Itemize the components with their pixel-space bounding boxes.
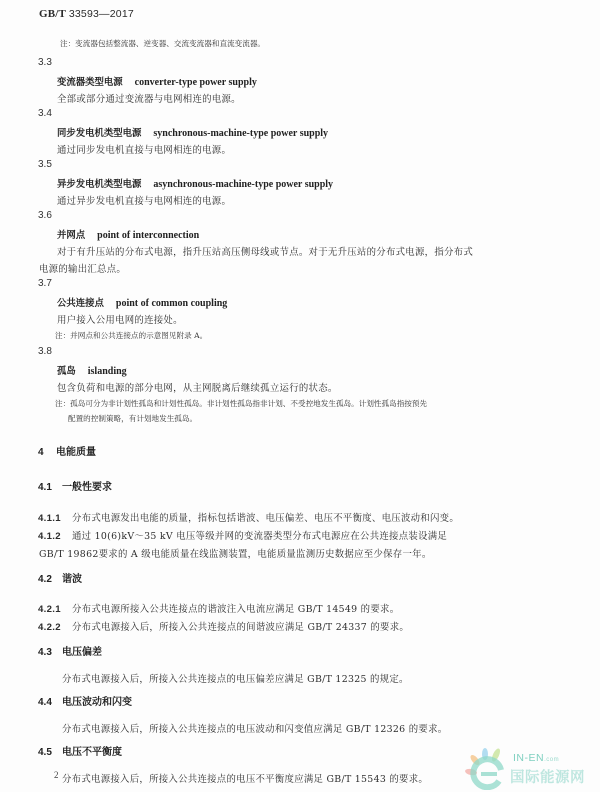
section-4-3-text: 分布式电源接入后，所接入公共连接点的电压偏差应满足 GB/T 12325 的规定…: [62, 671, 409, 685]
section-4-5-heading: 4.5电压不平衡度: [38, 743, 122, 758]
clause-number-3-7: 3.7: [38, 278, 52, 289]
term-en: converter-type power supply: [135, 77, 257, 88]
clause-4-2-2: 4.2.2分布式电源接入后，所接入公共连接点的间谐波应满足 GB/T 24337…: [38, 619, 409, 633]
note-islanding-line1: 注：孤岛可分为非计划性孤岛和计划性孤岛。非计划性孤岛指非计划、不受控地发生孤岛。…: [55, 398, 427, 409]
section-4-2-heading: 4.2谐波: [38, 570, 82, 585]
term-zh: 公共连接点: [57, 298, 104, 309]
section-number: 4.1: [38, 482, 62, 493]
term-3-3: 变流器类型电源converter-type power supply: [57, 74, 257, 88]
standard-code: GB/T: [39, 8, 66, 20]
section-title: 电压波动和闪变: [62, 697, 132, 708]
section-4-4-text: 分布式电源接入后，所接入公共连接点的电压波动和闪变值应满足 GB/T 12326…: [62, 721, 447, 735]
section-number: 4.4: [38, 697, 62, 708]
clause-number: 4.2.2: [38, 622, 72, 633]
watermark-logo: IN-EN.com 国际能源网: [463, 748, 598, 790]
definition-3-5: 通过异步发电机直接与电网相连的电源。: [57, 193, 231, 207]
clause-4-2-1: 4.2.1分布式电源所接入公共连接点的谐波注入电流应满足 GB/T 14549 …: [38, 601, 399, 615]
definition-3-4: 通过同步发电机直接与电网相连的电源。: [57, 142, 231, 156]
section-number: 4.5: [38, 747, 62, 758]
section-title: 电压不平衡度: [62, 747, 122, 758]
section-4-1-heading: 4.1一般性要求: [38, 478, 112, 493]
term-3-4: 同步发电机类型电源synchronous-machine-type power …: [57, 125, 328, 139]
clause-4-1-2-line2: GB/T 19862要求的 A 级电能质量在线监测装置，电能质量监测历史数据应至…: [39, 546, 432, 560]
term-zh: 孤岛: [57, 366, 76, 377]
document-header: GB/T 33593—2017: [39, 8, 134, 20]
term-en: asynchronous-machine-type power supply: [153, 179, 333, 190]
term-zh: 变流器类型电源: [57, 77, 123, 88]
term-en: islanding: [88, 366, 127, 377]
page-number: 2: [54, 770, 59, 780]
clause-4-1-1: 4.1.1分布式电源发出电能的质量，指标包括谐波、电压偏差、电压不平衡度、电压波…: [38, 510, 459, 524]
definition-3-8: 包含负荷和电源的部分电网，从主网脱离后继续孤立运行的状态。: [57, 380, 338, 394]
definition-3-6-line2: 电源的输出汇总点。: [39, 261, 126, 275]
section-number: 4: [38, 447, 56, 458]
term-zh: 同步发电机类型电源: [57, 128, 141, 139]
clause-number-3-6: 3.6: [38, 210, 52, 221]
sunburst-logo-icon: [463, 748, 513, 790]
note-converter: 注：变流器包括整流器、逆变器、交流变流器和直流变流器。: [60, 38, 265, 49]
clause-number-3-4: 3.4: [38, 108, 52, 119]
definition-3-6-line1: 对于有升压站的分布式电源，指升压站高压侧母线或节点。对于无升压站的分布式电源，指…: [57, 244, 473, 258]
section-title: 谐波: [62, 574, 82, 585]
clause-text: 通过 10(6)kV～35 kV 电压等级并网的变流器类型分布式电源应在公共连接…: [72, 531, 447, 542]
note-pcc: 注：并网点和公共连接点的示意图见附录 A。: [55, 330, 207, 341]
term-3-7: 公共连接点point of common coupling: [57, 295, 227, 309]
watermark-brand-cn: 国际能源网: [510, 766, 585, 787]
note-islanding-line2: 配置的控制策略，有计划地发生孤岛。: [68, 413, 197, 424]
standard-number: 33593—2017: [69, 8, 134, 20]
clause-4-1-2-line1: 4.1.2通过 10(6)kV～35 kV 电压等级并网的变流器类型分布式电源应…: [38, 528, 447, 542]
section-4-5-text: 分布式电源接入后，所接入公共连接点的电压不平衡度应满足 GB/T 15543 的…: [62, 771, 428, 785]
watermark-brand-en: IN-EN.com: [513, 752, 559, 764]
term-en: point of interconnection: [97, 230, 199, 241]
clause-number: 4.1.2: [38, 531, 72, 542]
term-zh: 异步发电机类型电源: [57, 179, 141, 190]
clause-text: 分布式电源所接入公共连接点的谐波注入电流应满足 GB/T 14549 的要求。: [72, 604, 399, 615]
definition-3-7: 用户接入公用电网的连接处。: [57, 312, 183, 326]
section-4-4-heading: 4.4电压波动和闪变: [38, 693, 132, 708]
clause-number-3-8: 3.8: [38, 346, 52, 357]
section-title: 电能质量: [56, 447, 96, 458]
clause-number: 4.2.1: [38, 604, 72, 615]
section-title: 电压偏差: [62, 647, 102, 658]
definition-3-3: 全部或部分通过变流器与电网相连的电源。: [57, 91, 241, 105]
clause-number-3-3: 3.3: [38, 57, 52, 68]
term-en: synchronous-machine-type power supply: [153, 128, 328, 139]
section-4-3-heading: 4.3电压偏差: [38, 643, 102, 658]
term-3-8: 孤岛islanding: [57, 363, 127, 377]
clause-text: 分布式电源接入后，所接入公共连接点的间谐波应满足 GB/T 24337 的要求。: [72, 622, 409, 633]
section-number: 4.2: [38, 574, 62, 585]
clause-text: 分布式电源发出电能的质量，指标包括谐波、电压偏差、电压不平衡度、电压波动和闪变。: [72, 513, 459, 524]
section-title: 一般性要求: [62, 482, 112, 493]
section-number: 4.3: [38, 647, 62, 658]
term-zh: 并网点: [57, 230, 85, 241]
term-3-5: 异步发电机类型电源asynchronous-machine-type power…: [57, 176, 333, 190]
clause-number-3-5: 3.5: [38, 159, 52, 170]
clause-number: 4.1.1: [38, 513, 72, 524]
term-en: point of common coupling: [116, 298, 227, 309]
term-3-6: 并网点point of interconnection: [57, 227, 199, 241]
section-4-heading: 4电能质量: [38, 443, 96, 458]
